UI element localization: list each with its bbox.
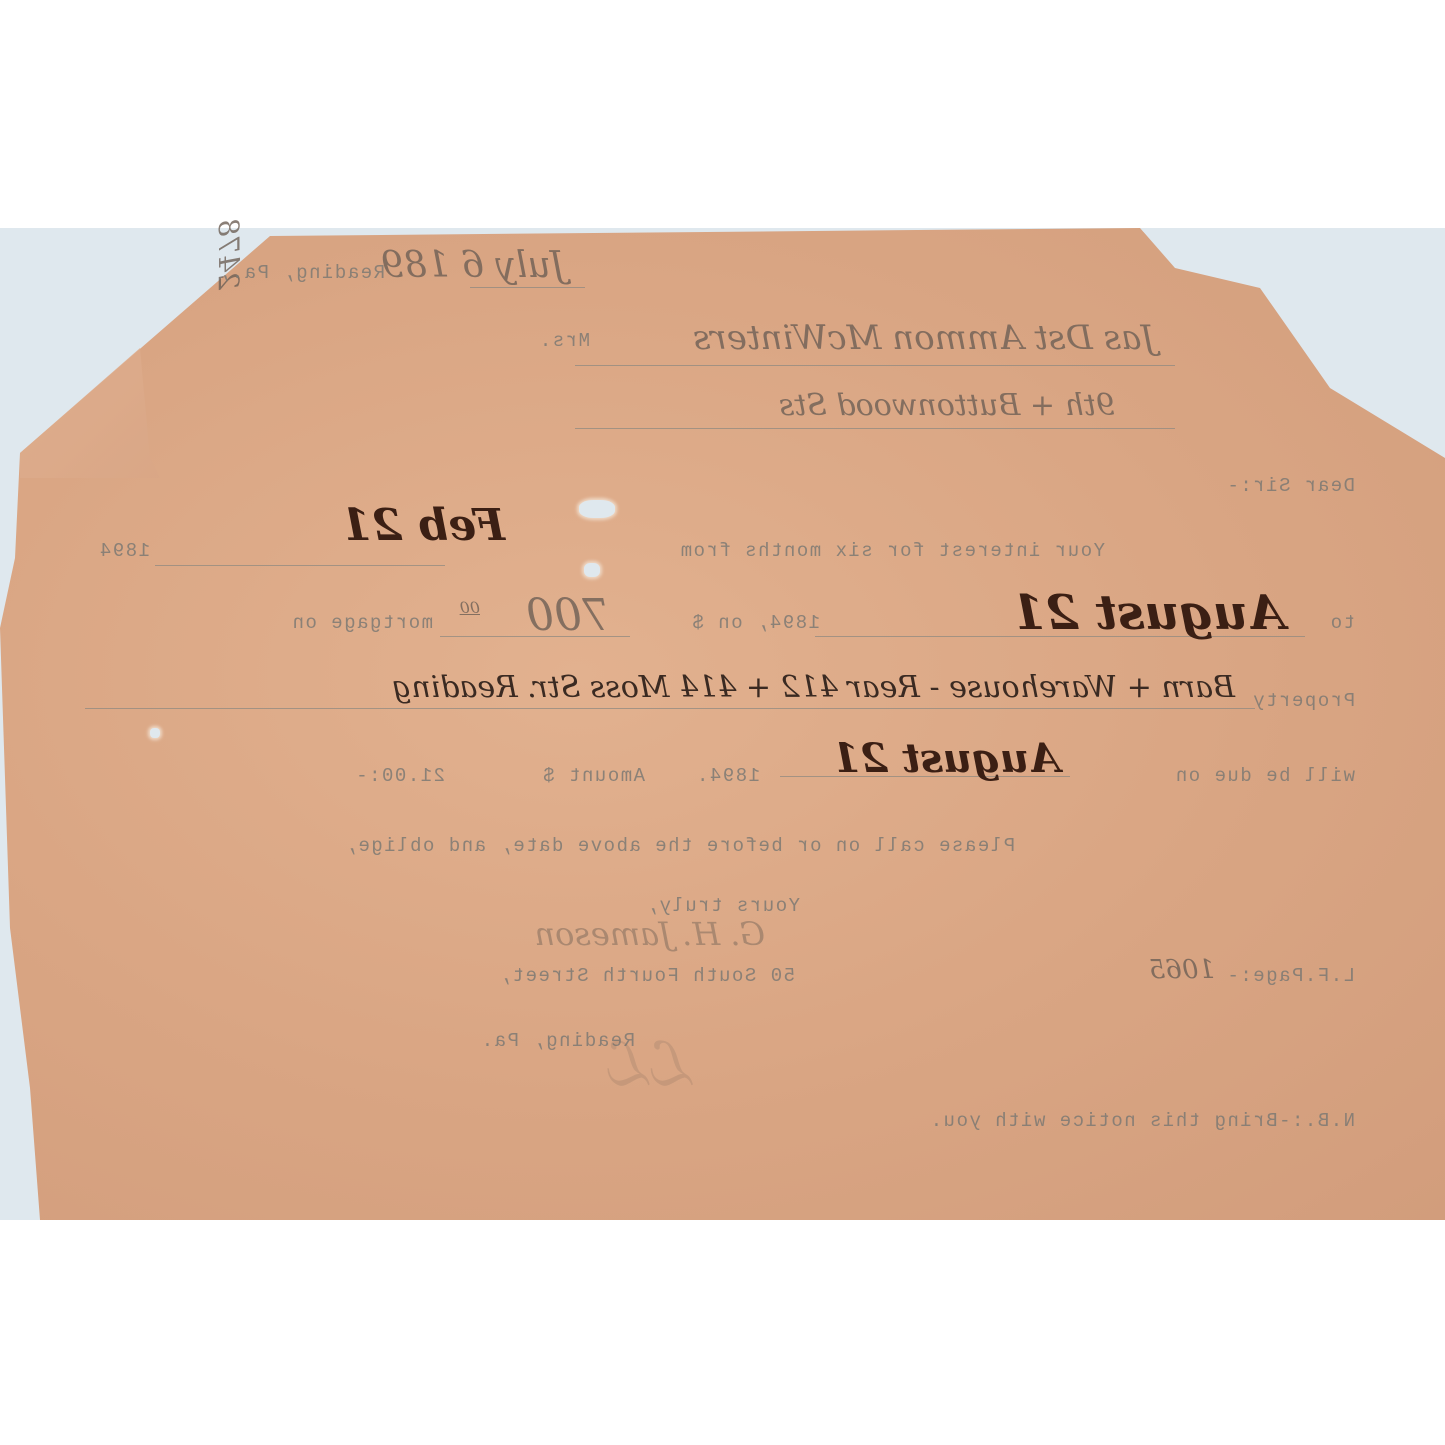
to-date: August 21 (1012, 585, 1285, 641)
paper-hole (579, 500, 615, 518)
salutation: Dear Sir:- (1226, 475, 1355, 497)
property-description: Barn + Warehouse - Rear 412 + 414 Moss S… (392, 670, 1235, 705)
bleed-through-scribble: ℒℒ (609, 1030, 695, 1100)
principal-amount: 700 (526, 590, 610, 641)
due-date: August 21 (832, 735, 1060, 782)
to-year: 1894, on $ (691, 612, 820, 634)
addressee-address: 9th + Buttonwood Sts (779, 388, 1115, 423)
paper-hole (584, 563, 600, 577)
letter-date: July 6 189 (381, 245, 565, 286)
from-year: 1894 (98, 540, 150, 562)
property-rule (85, 708, 1255, 709)
paper-hole (150, 728, 160, 738)
sender-address-1: 50 South Fourth Street, (498, 965, 795, 987)
addressee-rule-2 (575, 428, 1175, 429)
to-label: to (1329, 612, 1355, 634)
ledger-ref-label: L.F.Page:- (1226, 965, 1355, 987)
property-label: Property (1252, 690, 1355, 712)
call-instruction: Please call on or before the above date,… (344, 835, 1015, 857)
valediction: Yours truly, (645, 895, 800, 917)
mirrored-document: 2478 Reading, Pa., July 6 189 Mrs. Jas D… (0, 0, 1445, 1445)
addressee-name: Jas Dst Ammon McWinters (693, 318, 1155, 358)
date-rule (470, 287, 585, 288)
from-date-rule (155, 565, 445, 566)
interest-amount: 21.00:- (355, 765, 445, 787)
signature: G. H. Jameson (535, 915, 766, 953)
place-header: Reading, Pa., (217, 262, 385, 284)
mortgage-on-label: mortgage on (291, 612, 433, 634)
ledger-ref-number: 1065 (1149, 955, 1215, 985)
addressee-prefix: Mrs. (538, 330, 590, 352)
addressee-rule-1 (575, 365, 1175, 366)
interest-line-text: Your interest for six months from (679, 540, 1105, 562)
from-date: Feb 21 (341, 500, 505, 551)
principal-cents: 00 (460, 598, 480, 617)
bring-notice-note: N.B.:-Bring this notice with you. (929, 1110, 1355, 1132)
due-on-label: will be due on (1174, 765, 1355, 787)
due-year: 1894. (695, 765, 760, 787)
amount-label: Amount $ (542, 765, 645, 787)
